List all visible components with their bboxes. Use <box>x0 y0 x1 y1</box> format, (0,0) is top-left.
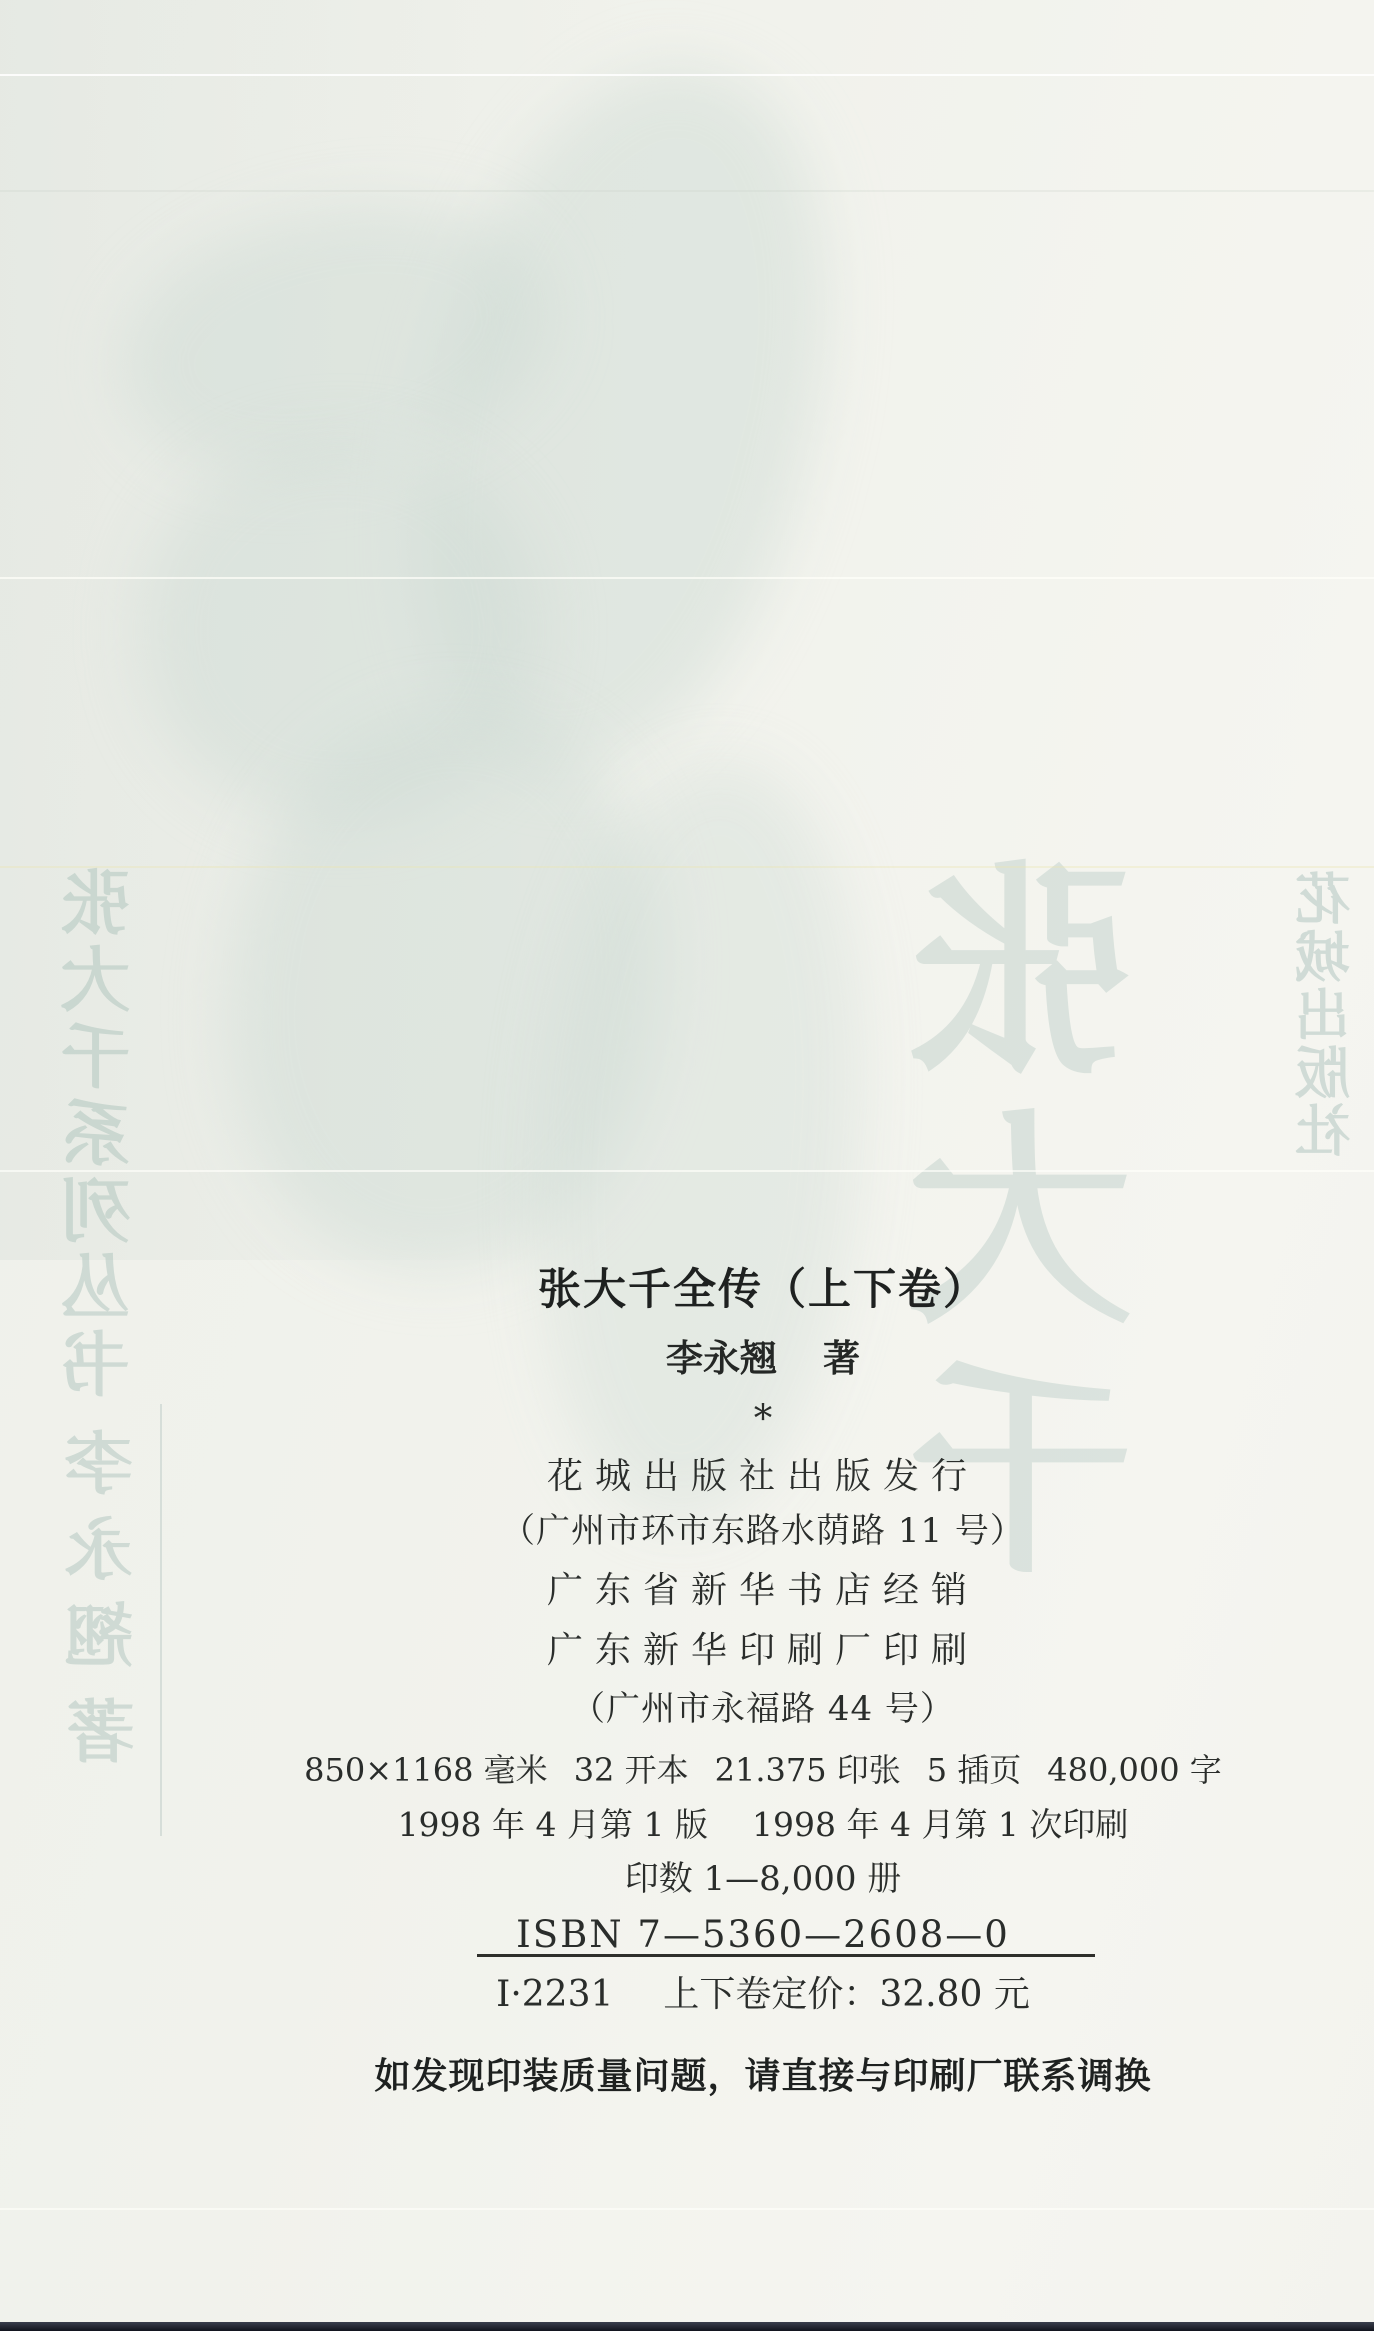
word-count: 480,000 字 <box>1047 1752 1222 1789</box>
distributor-line: 广东省新华书店经销 <box>152 1570 1374 1611</box>
showthrough-series-role: 著 <box>58 1696 155 1764</box>
publisher-line: 花城出版社出版发行 <box>152 1456 1374 1497</box>
author-role: 著 <box>823 1338 860 1381</box>
print-run-line: 印数 1—8,000 册 <box>152 1860 1374 1899</box>
author-line: 李永翘 著 <box>152 1338 1374 1381</box>
edition-line: 1998 年 4 月第 1 版 1998 年 4 月第 1 次印刷 <box>152 1806 1374 1844</box>
showthrough-series-title: 张大千系列丛书 <box>50 866 151 1405</box>
print-sheets: 21.375 印张 <box>715 1752 901 1789</box>
sheet-size: 850×1168 毫米 <box>304 1752 548 1789</box>
first-edition: 1998 年 4 月第 1 版 <box>398 1806 708 1844</box>
book-title: 张大千全传（上下卷） <box>152 1266 1374 1315</box>
publisher-address: （广州市环市东路水荫路 11 号） <box>152 1512 1374 1551</box>
colophon-text-block: 张大千全传（上下卷） 李永翘 著 * 花城出版社出版发行 （广州市环市东路水荫路… <box>152 0 1374 2331</box>
format-specs-line: 850×1168 毫米 32 开本 21.375 印张 5 插页 480,000… <box>152 1752 1374 1789</box>
book-format: 32 开本 <box>574 1752 689 1789</box>
first-printing: 1998 年 4 月第 1 次印刷 <box>752 1806 1128 1844</box>
page-bottom-edge <box>0 2322 1374 2331</box>
printer-address: （广州市永福路 44 号） <box>152 1690 1374 1729</box>
scanned-colophon-page: 张大千系列丛书 李永翘 著 张大千 花城出版社 张大千全传（上下卷） 李永翘 著… <box>0 0 1374 2331</box>
author-name: 李永翘 <box>666 1338 777 1381</box>
horizontal-rule <box>477 1954 1095 1957</box>
classification-code: I·2231 <box>496 1974 613 2015</box>
price-value: 上下卷定价：32.80 元 <box>663 1974 1030 2015</box>
isbn-line: ISBN 7—5360—2608—0 <box>152 1914 1374 1957</box>
divider-asterisk: * <box>152 1398 1374 1441</box>
printer-line: 广东新华印刷厂印刷 <box>152 1630 1374 1671</box>
insert-pages: 5 插页 <box>927 1752 1022 1789</box>
quality-notice: 如发现印装质量问题，请直接与印刷厂联系调换 <box>152 2056 1374 2097</box>
showthrough-series-author: 李永翘 <box>56 1428 153 1686</box>
price-line: I·2231 上下卷定价：32.80 元 <box>152 1974 1374 2015</box>
